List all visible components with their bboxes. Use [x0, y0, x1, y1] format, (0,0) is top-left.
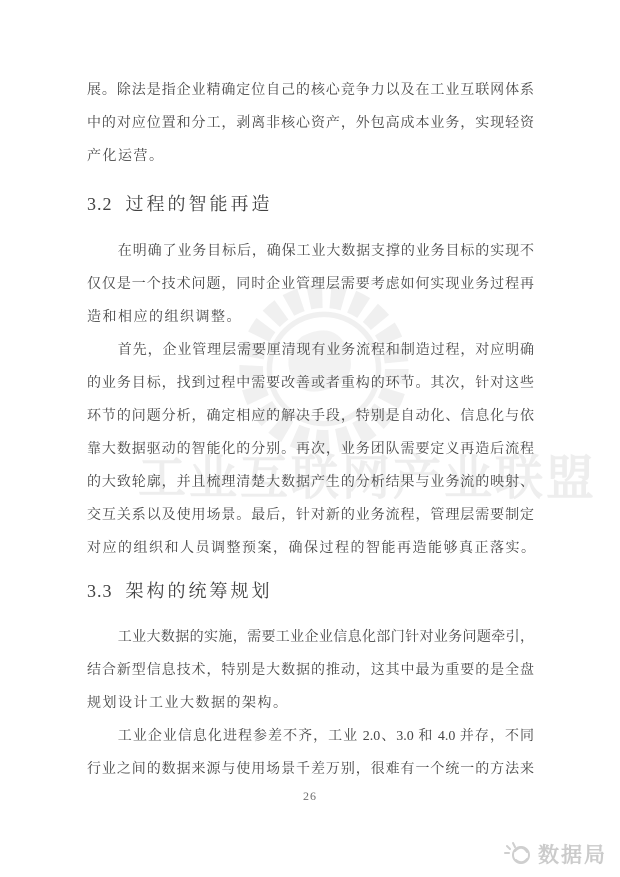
paragraph: 首先，企业管理层需要厘清现有业务流程和制造过程，对应明确 的业务目标，找到过程中…	[87, 334, 534, 565]
footer-brand-watermark: 数据局	[503, 839, 607, 869]
text-line: 产化运营。	[87, 140, 534, 173]
paragraph: 在明确了业务目标后，确保工业大数据支撑的业务目标的实现不 仅仅是一个技术问题，同…	[87, 235, 534, 334]
section-heading-3-2: 3.2过程的智能再造	[87, 188, 534, 221]
text-line: 交互关系以及使用场景。最后，针对新的业务流程，管理层需要制定	[87, 499, 534, 532]
footer-brand-text: 数据局	[538, 839, 607, 869]
text-line: 造和相应的组织调整。	[87, 301, 534, 334]
scribble-ball-icon	[503, 841, 533, 867]
text-line: 规划设计工业大数据的架构。	[87, 687, 534, 720]
text-line: 中的对应位置和分工，剥离非核心资产，外包高成本业务，实现轻资	[87, 107, 534, 140]
text-line: 在明确了业务目标后，确保工业大数据支撑的业务目标的实现不	[87, 235, 534, 268]
text-line: 环节的问题分析，确定相应的解决手段，特别是自动化、信息化与依	[87, 400, 534, 433]
page-number: 26	[0, 786, 620, 806]
document-page: 工业互联网产业联盟 展。除法是指企业精确定位自己的核心竞争力以及在工业互联网体系…	[0, 0, 620, 877]
text-line: 对应的组织和人员调整预案，确保过程的智能再造能够真正落实。	[87, 532, 534, 565]
text-line: 的业务目标，找到过程中需要改善或者重构的环节。其次，针对这些	[87, 367, 534, 400]
text-line: 靠大数据驱动的智能化的分别。再次，业务团队需要定义再造后流程	[87, 433, 534, 466]
text-line: 展。除法是指企业精确定位自己的核心竞争力以及在工业互联网体系	[87, 74, 534, 107]
section-heading-3-3: 3.3架构的统筹规划	[87, 575, 534, 608]
document-body: 展。除法是指企业精确定位自己的核心竞争力以及在工业互联网体系 中的对应位置和分工…	[87, 74, 534, 786]
text-line: 结合新型信息技术，特别是大数据的推动，这其中最为重要的是全盘	[87, 654, 534, 687]
text-line: 的大致轮廓，并且梳理清楚大数据产生的分析结果与业务流的映射、	[87, 466, 534, 499]
text-line: 首先，企业管理层需要厘清现有业务流程和制造过程，对应明确	[87, 334, 534, 367]
paragraph: 工业企业信息化进程参差不齐，工业 2.0、3.0 和 4.0 并存，不同 行业之…	[87, 720, 534, 786]
section-number: 3.2	[87, 194, 113, 214]
text-line: 工业大数据的实施，需要工业企业信息化部门针对业务问题牵引，	[87, 621, 534, 654]
paragraph-intro: 展。除法是指企业精确定位自己的核心竞争力以及在工业互联网体系 中的对应位置和分工…	[87, 74, 534, 173]
section-title: 架构的统筹规划	[126, 581, 273, 601]
section-title: 过程的智能再造	[126, 194, 273, 214]
text-line: 仅仅是一个技术问题，同时企业管理层需要考虑如何实现业务过程再	[87, 268, 534, 301]
text-line: 行业之间的数据来源与使用场景千差万别，很难有一个统一的方法来	[87, 753, 534, 786]
section-number: 3.3	[87, 581, 113, 601]
paragraph: 工业大数据的实施，需要工业企业信息化部门针对业务问题牵引， 结合新型信息技术，特…	[87, 621, 534, 720]
text-line: 工业企业信息化进程参差不齐，工业 2.0、3.0 和 4.0 并存，不同	[87, 720, 534, 753]
